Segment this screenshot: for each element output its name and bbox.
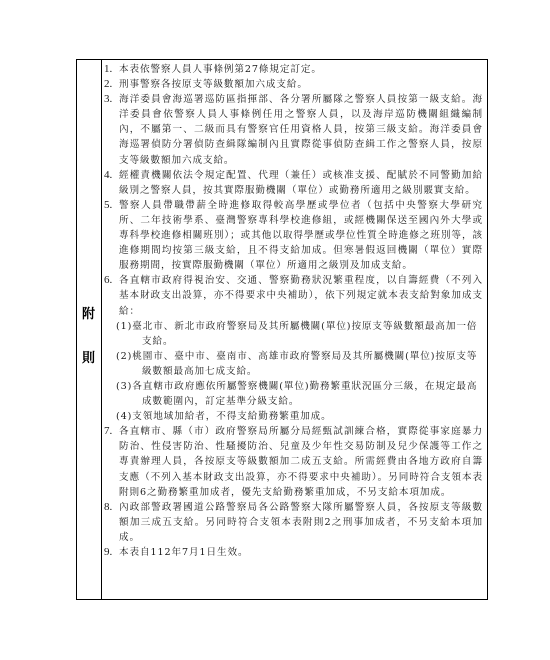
rule-number: 6. xyxy=(104,273,112,288)
rules-list: 1. 本表依警察人員人事條例第27條規定訂定。 2. 刑事警察各按原支等級數額加… xyxy=(104,62,483,560)
rule-text: 內政部警政署國道公路警察局各公路警察大隊所屬警察人員，各按原支等級數額加三成五支… xyxy=(119,502,483,543)
rule-number: 9. xyxy=(104,545,112,560)
rule-text: 各直轄市政府得視治安、交通、警察勤務狀況繁重程度，以自籌經費（不列入基本財政支出… xyxy=(119,275,483,316)
rule-item: 1. 本表依警察人員人事條例第27條規定訂定。 xyxy=(104,62,483,77)
rule-text: 警察人員帶職帶薪全時進修取得較高學歷或學位者（包括中央警察大學研究所、二年技術學… xyxy=(119,200,483,271)
side-label-char-1: 附 xyxy=(82,303,95,322)
rule-subitem: (2)桃園市、臺中市、臺南市、高雄市政府警察局及其所屬機關(單位)按原支等級數額… xyxy=(104,349,483,379)
rule-number: 5. xyxy=(104,198,112,213)
rule-number: 1. xyxy=(104,62,112,77)
rule-item: 9. 本表自112年7月1日生效。 xyxy=(104,545,483,560)
rule-item: 7. 各直轄市、縣（市）政府警察局所屬分局經甄試訓練合格，實際從事家庭暴力防治、… xyxy=(104,424,483,499)
rule-number: 2. xyxy=(104,77,112,92)
rule-subitem: (1)臺北市、新北市政府警察局及其所屬機關(單位)按原支等級數額最高加一倍支給。 xyxy=(104,319,483,349)
rule-item: 8. 內政部警政署國道公路警察局各公路警察大隊所屬警察人員，各按原支等級數額加三… xyxy=(104,500,483,545)
rule-text: 海洋委員會海巡署巡防區指揮部、各分署所屬隊之警察人員按第一級支給。海洋委員會依警… xyxy=(119,94,483,165)
appendix-rules-table: 附 則 1. 本表依警察人員人事條例第27條規定訂定。 2. 刑事警察各按原支等… xyxy=(76,59,488,600)
rule-subitem: (3)各直轄市政府應依所屬警察機關(單位)勤務繁重狀況區分三級，在規定最高成數範… xyxy=(104,379,483,409)
rule-item: 5. 警察人員帶職帶薪全時進修取得較高學歷或學位者（包括中央警察大學研究所、二年… xyxy=(104,198,483,273)
rule-text: 本表自112年7月1日生效。 xyxy=(119,547,248,558)
rule-number: 8. xyxy=(104,500,112,515)
rule-text: 各直轄市、縣（市）政府警察局所屬分局經甄試訓練合格，實際從事家庭暴力防治、性侵害… xyxy=(119,426,483,497)
rule-number: 7. xyxy=(104,424,112,439)
rule-number: 3. xyxy=(104,92,112,107)
side-label-char-2: 則 xyxy=(82,347,95,366)
side-label-column: 附 則 xyxy=(77,60,102,599)
document-page: 附 則 1. 本表依警察人員人事條例第27條規定訂定。 2. 刑事警察各按原支等… xyxy=(0,0,550,660)
rule-item: 3. 海洋委員會海巡署巡防區指揮部、各分署所屬隊之警察人員按第一級支給。海洋委員… xyxy=(104,92,483,167)
rule-text: 本表依警察人員人事條例第27條規定訂定。 xyxy=(119,64,322,75)
rule-text: 刑事警察各按原支等級數額加六成支給。 xyxy=(119,79,308,90)
rule-text: 經權責機關依法令規定配置、代理（兼任）或核准支援、配賦於不同警勤加給級別之警察人… xyxy=(119,170,483,196)
rule-item: 4. 經權責機關依法令規定配置、代理（兼任）或核准支援、配賦於不同警勤加給級別之… xyxy=(104,168,483,198)
rule-item: 6. 各直轄市政府得視治安、交通、警察勤務狀況繁重程度，以自籌經費（不列入基本財… xyxy=(104,273,483,318)
rule-number: 4. xyxy=(104,168,112,183)
rule-item: 2. 刑事警察各按原支等級數額加六成支給。 xyxy=(104,77,483,92)
rule-subitem: (4)支領地域加給者，不得支給勤務繁重加成。 xyxy=(104,409,483,424)
